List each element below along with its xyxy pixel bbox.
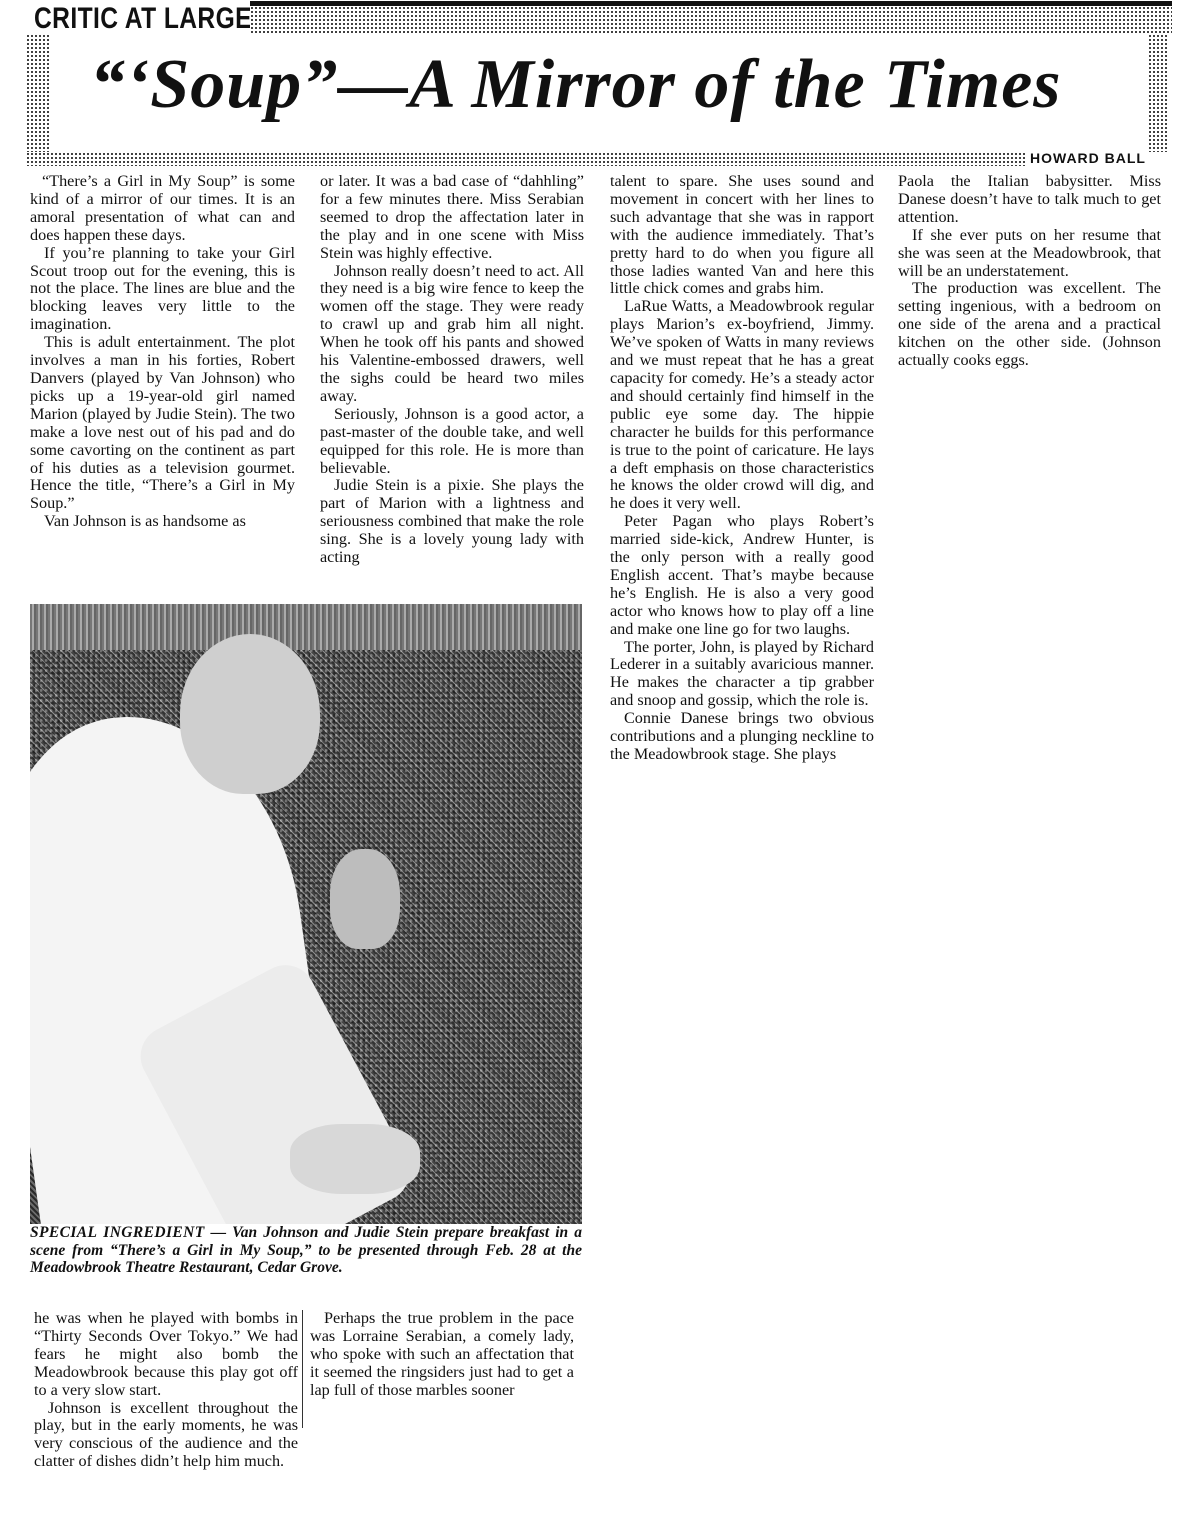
article-column-1: “There’s a Girl in My Soup” is some kind… xyxy=(30,173,295,531)
caption-lead: SPECIAL INGREDIENT xyxy=(30,1224,205,1241)
paragraph: The porter, John, is played by Richard L… xyxy=(610,639,874,711)
paragraph: Van Johnson is as handsome as xyxy=(30,513,295,531)
halftone-border-right xyxy=(1148,34,1168,152)
paragraph: he was when he played with bombs in “Thi… xyxy=(34,1310,298,1400)
photo-caption: SPECIAL INGREDIENT — Van Johnson and Jud… xyxy=(30,1224,582,1277)
paragraph: Paola the Italian babysitter. Miss Danes… xyxy=(898,173,1161,227)
paragraph: “There’s a Girl in My Soup” is some kind… xyxy=(30,173,295,245)
halftone-border-bottom xyxy=(26,152,1026,166)
paragraph: Judie Stein is a pixie. She plays the pa… xyxy=(320,477,584,567)
paragraph: This is adult entertainment. The plot in… xyxy=(30,334,295,513)
paragraph: The production was excellent. The settin… xyxy=(898,280,1161,370)
article-photo xyxy=(30,604,582,1224)
paragraph: Connie Danese brings two obvious contrib… xyxy=(610,710,874,764)
paragraph: If she ever puts on her resume that she … xyxy=(898,227,1161,281)
paragraph: talent to spare. She uses sound and move… xyxy=(610,173,874,298)
column-rule xyxy=(302,1310,303,1428)
photo-figure-hands xyxy=(290,1124,420,1194)
halftone-border-left xyxy=(26,34,49,152)
photo-figure-woman xyxy=(330,849,400,949)
paragraph: Peter Pagan who plays Robert’s married s… xyxy=(610,513,874,638)
headline: “‘Soup”—A Mirror of the Times xyxy=(90,40,1062,130)
photo-figure-head xyxy=(180,634,320,794)
byline: HOWARD BALL xyxy=(1030,150,1146,166)
paragraph: If you’re planning to take your Girl Sco… xyxy=(30,245,295,335)
paragraph: LaRue Watts, a Meadowbrook regular plays… xyxy=(610,298,874,513)
photo-background-band xyxy=(30,604,582,650)
paragraph: or later. It was a bad case of “dahhling… xyxy=(320,173,584,263)
paragraph: Perhaps the true problem in the pace was… xyxy=(310,1310,574,1400)
section-kicker: CRITIC AT LARGE xyxy=(34,2,252,36)
article-column-3: talent to spare. She uses sound and move… xyxy=(610,173,874,764)
article-column-1-continued: he was when he played with bombs in “Thi… xyxy=(34,1310,298,1471)
halftone-border-top xyxy=(250,6,1172,34)
paragraph: Johnson is excellent throughout the play… xyxy=(34,1400,298,1472)
article-column-2-lower: Perhaps the true problem in the pace was… xyxy=(310,1310,574,1400)
paragraph: Seriously, Johnson is a good actor, a pa… xyxy=(320,406,584,478)
article-column-4: Paola the Italian babysitter. Miss Danes… xyxy=(898,173,1161,370)
paragraph: Johnson really doesn’t need to act. All … xyxy=(320,263,584,406)
article-column-2: or later. It was a bad case of “dahhling… xyxy=(320,173,584,567)
